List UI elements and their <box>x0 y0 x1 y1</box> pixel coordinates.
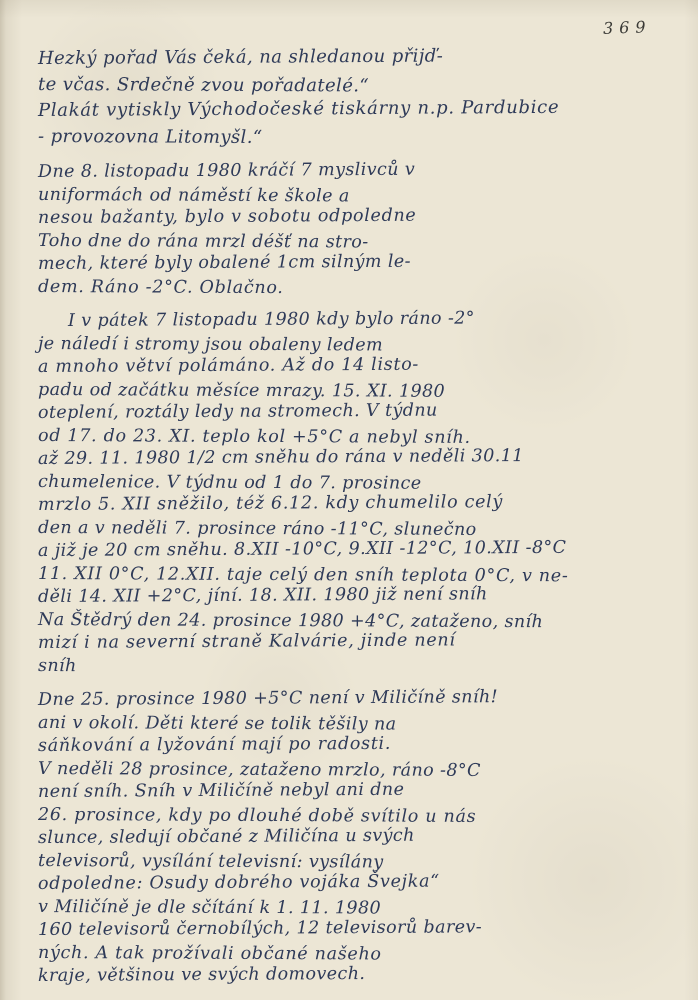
handwritten-line: a mnoho větví polámáno. Až do 14 listo- <box>38 352 678 379</box>
handwritten-line: slunce, sledují občané z Miličína u svýc… <box>38 823 678 850</box>
handwritten-line: mizí i na severní straně Kalvárie, jinde… <box>38 628 678 655</box>
handwritten-line: nesou bažanty, bylo v sobotu odpoledne <box>38 203 678 230</box>
handwritten-line: Dne 25. prosince 1980 +5°C není v Miličí… <box>38 685 678 712</box>
handwritten-line: mech, které byly obalené 1cm silným le- <box>38 249 678 276</box>
handwritten-line: děli 14. XII +2°C, jíní. 18. XII. 1980 j… <box>38 582 678 609</box>
handwritten-line: oteplení, roztály ledy na stromech. V tý… <box>38 398 678 425</box>
handwritten-line: až 29. 11. 1980 1/2 cm sněhu do rána v n… <box>38 444 678 471</box>
paragraph: Hezký pořad Vás čeká, na shledanou přijď… <box>38 46 678 150</box>
handwritten-line: Hezký pořad Vás čeká, na shledanou přijď… <box>38 42 678 72</box>
handwritten-line: kraje, většinou ve svých domovech. <box>38 961 678 988</box>
handwritten-line: sáňkování a lyžování mají po radosti. <box>38 731 678 758</box>
paragraph: Dne 8. listopadu 1980 kráčí 7 myslivců v… <box>38 161 678 299</box>
handwritten-line: není sníh. Sníh v Miličíně nebyl ani dne <box>38 777 678 804</box>
handwritten-line: Dne 8. listopadu 1980 kráčí 7 myslivců v <box>38 157 678 184</box>
handwritten-line: odpoledne: Osudy dobrého vojáka Švejka“ <box>38 869 678 896</box>
handwritten-line: a již je 20 cm sněhu. 8.XII -10°C, 9.XII… <box>38 536 678 563</box>
chronicle-page: 369 Hezký pořad Vás čeká, na shledanou p… <box>0 0 698 1000</box>
handwritten-line: sníh <box>38 655 678 681</box>
handwritten-line: - provozovna Litomyšl.“ <box>38 124 678 153</box>
handwritten-line: mrzlo 5. XII sněžilo, též 6.12. kdy chum… <box>38 490 678 517</box>
handwritten-line: 160 televisorů černobílých, 12 televisor… <box>38 915 678 942</box>
paragraph: I v pátek 7 listopadu 1980 kdy bylo ráno… <box>38 310 678 678</box>
paragraph: Dne 25. prosince 1980 +5°C není v Miličí… <box>38 689 678 988</box>
handwritten-text-block: Hezký pořad Vás čeká, na shledanou přijď… <box>38 46 678 999</box>
handwritten-line: dem. Ráno -2°C. Oblačno. <box>38 276 678 302</box>
handwritten-line: I v pátek 7 listopadu 1980 kdy bylo ráno… <box>68 306 678 333</box>
page-number: 369 <box>603 17 652 38</box>
handwritten-line: Plakát vytiskly Východočeské tiskárny n.… <box>38 94 678 124</box>
